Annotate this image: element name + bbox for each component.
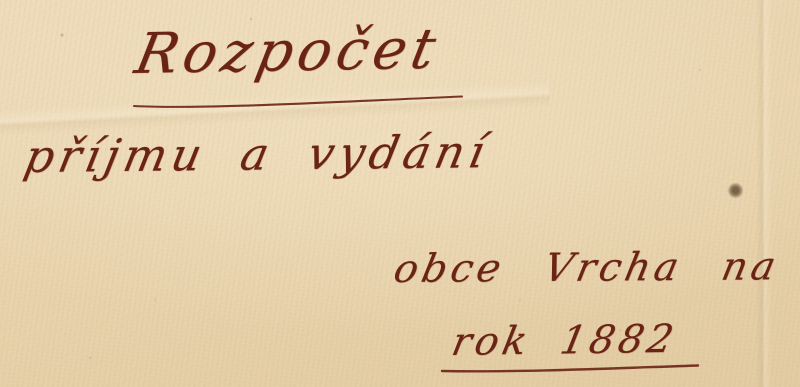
handwritten-line-4: rok 1882 bbox=[448, 317, 681, 365]
handwritten-line-2: příjmu a vydání bbox=[20, 125, 494, 183]
handwritten-title: Rozpočet bbox=[130, 17, 446, 87]
fold-crease-vertical bbox=[756, 0, 772, 387]
title-underline bbox=[132, 94, 468, 110]
handwritten-line-3: obce Vrcha na bbox=[390, 244, 783, 292]
foxing-stain bbox=[728, 183, 743, 198]
manuscript-page: Rozpočet příjmu a vydání obce Vrcha na r… bbox=[0, 0, 800, 387]
